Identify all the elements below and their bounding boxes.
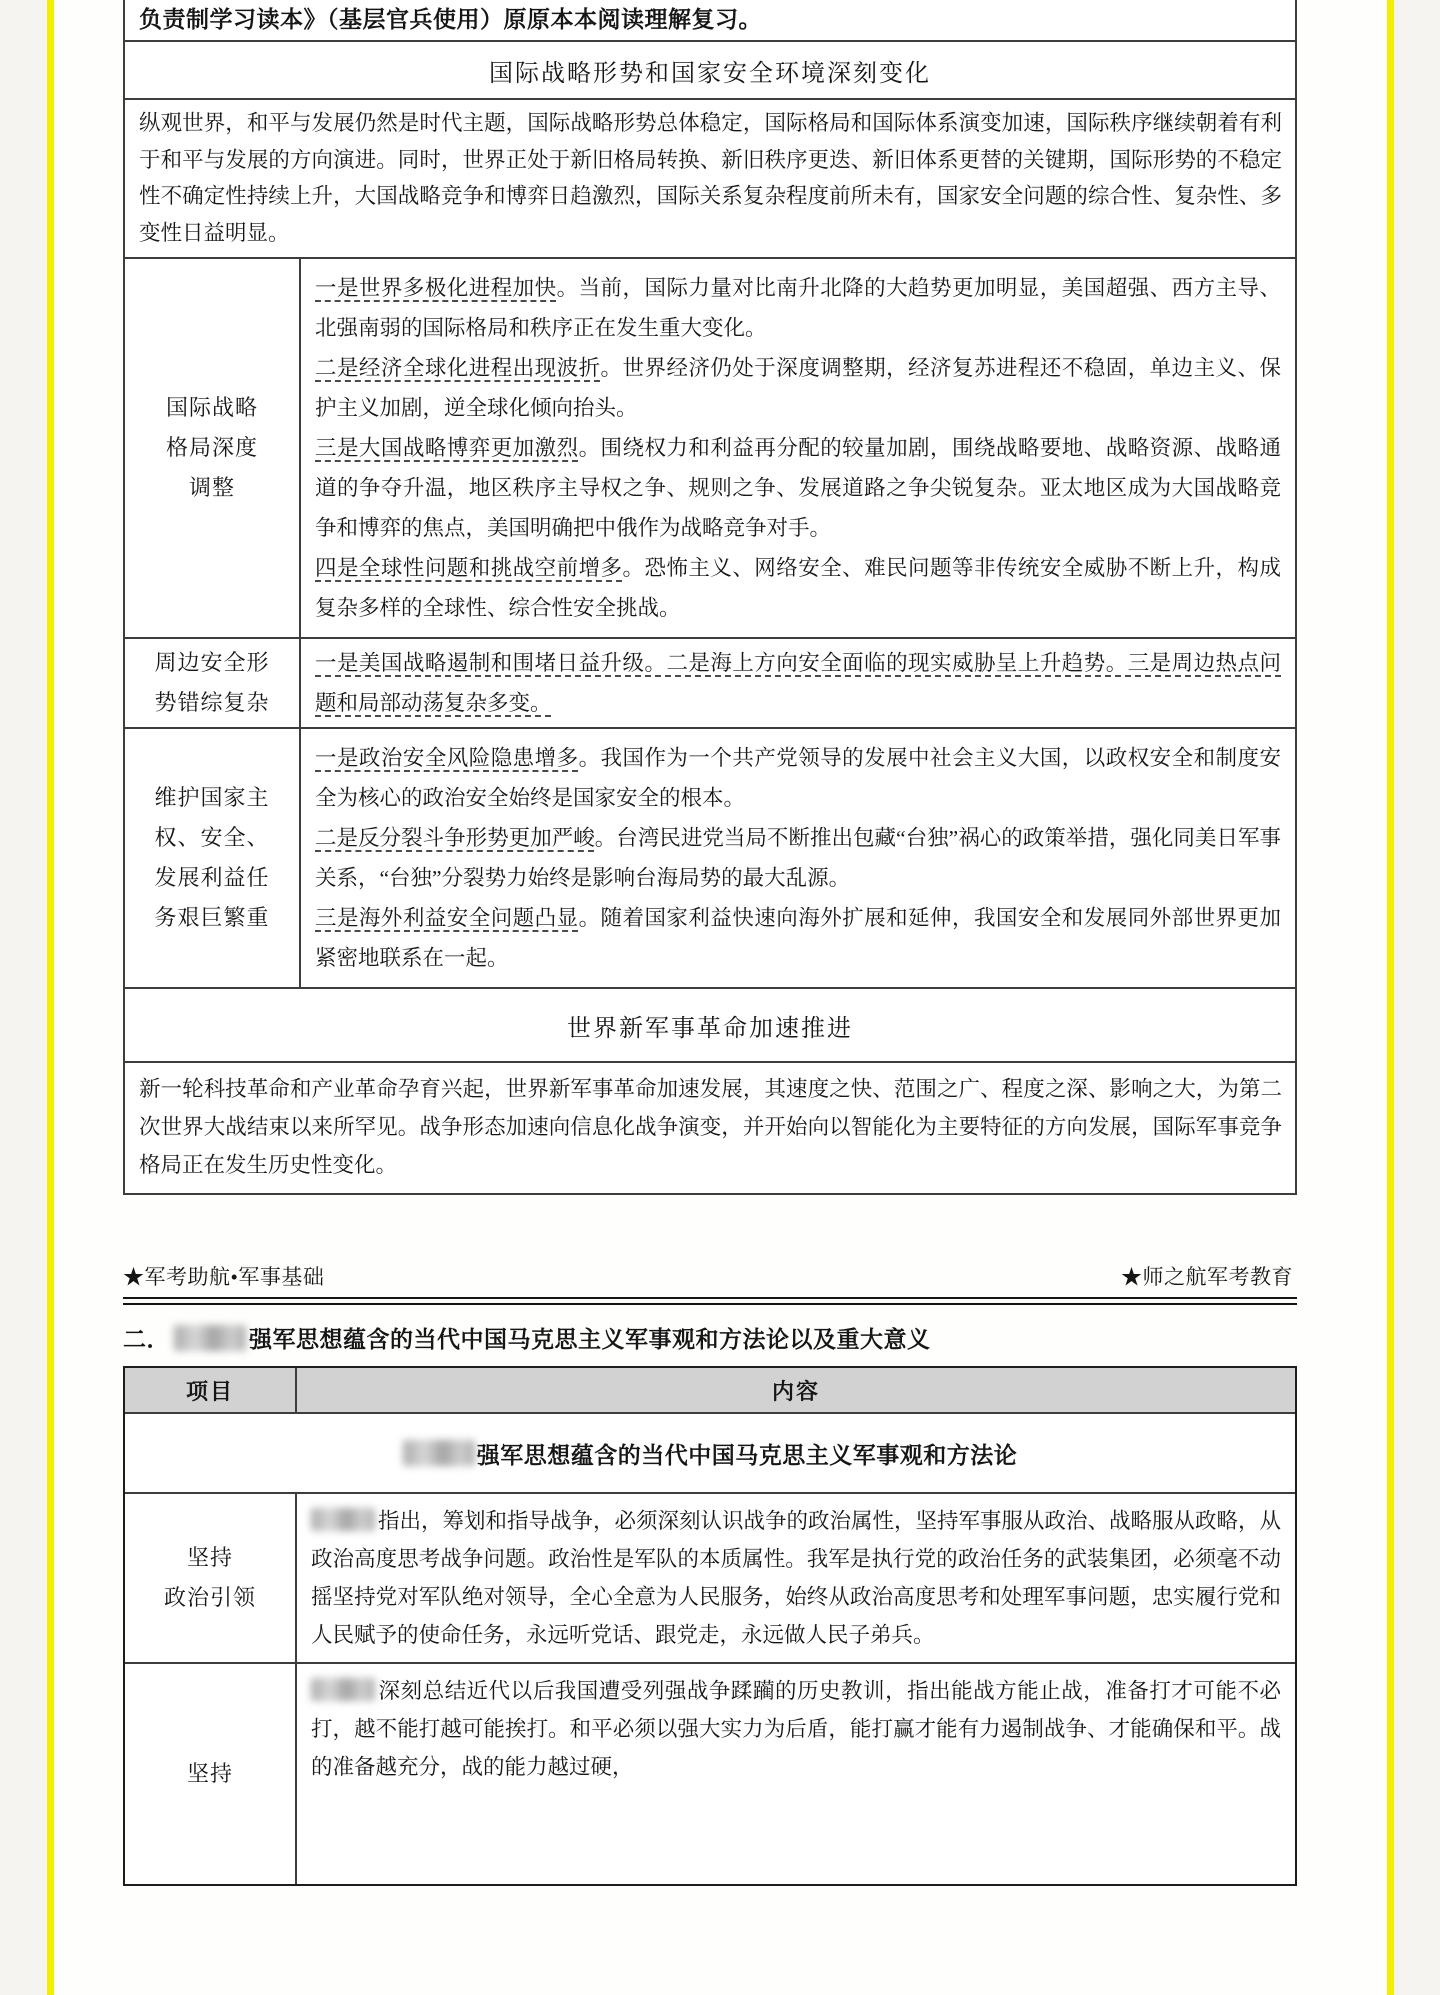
table-row: 坚持 政治引领 指出，筹划和指导战争，必须深刻认识战争的政治属性，坚持军事服从政… bbox=[125, 1494, 1295, 1664]
underlined-text-segment: 一是美国战略遏制和围堵日益升级。二是海上方向安全面临的现实威胁呈上升趋势。三是周… bbox=[315, 651, 1281, 715]
section-two-heading: 二．强军思想蕴含的当代中国马克思主义军事观和方法论以及重大意义 bbox=[123, 1321, 1297, 1354]
section-number: 二． bbox=[123, 1321, 170, 1354]
double-rule-divider bbox=[123, 1297, 1297, 1305]
table2-header-row: 项目 内容 bbox=[125, 1368, 1295, 1414]
row-content-political-guidance: 指出，筹划和指导战争，必须深刻认识战争的政治属性，坚持军事服从政治、战略服从政略… bbox=[297, 1494, 1295, 1662]
paragraph: 二是反分裂斗争形势更加严峻。台湾民进党当局不断推出包藏“台独”祸心的政策举措，强… bbox=[315, 818, 1281, 898]
intro-paragraph: 纵观世界，和平与发展仍然是时代主题，国际战略形势总体稳定，国际格局和国际体系演变… bbox=[125, 100, 1295, 259]
section-heading-text: 强军思想蕴含的当代中国马克思主义军事观和方法论以及重大意义 bbox=[249, 1321, 931, 1354]
paragraph: 三是大国战略博弈更加激烈。围绕权力和利益再分配的较量加剧，围绕战略要地、战略资源… bbox=[315, 428, 1281, 548]
table-row: 坚持 深刻总结近代以后我国遭受列强战争蹂躏的历史教训，指出能战方能止战，准备打才… bbox=[125, 1664, 1295, 1884]
paragraph: 一是政治安全风险隐患增多。我国作为一个共产党领导的发展中社会主义大国，以政权安全… bbox=[315, 738, 1281, 818]
yellow-edge-stripe-left bbox=[47, 0, 54, 1995]
strong-army-thought-table: 项目 内容 强军思想蕴含的当代中国马克思主义军事观和方法论 坚持 政治引领 指出… bbox=[123, 1366, 1297, 1886]
row-label-sovereignty-tasks: 维护国家主 权、安全、 发展利益任 务艰巨繁重 bbox=[125, 729, 301, 987]
row-label-periphery-security: 周边安全形 势错综复杂 bbox=[125, 639, 301, 727]
paragraph: 一是世界多极化进程加快。当前，国际力量对比南升北降的大趋势更加明显，美国超强、西… bbox=[315, 268, 1281, 348]
underlined-text-segment: 三是海外利益安全问题凸显 bbox=[315, 906, 579, 930]
table2-merged-title-text: 强军思想蕴含的当代中国马克思主义军事观和方法论 bbox=[477, 1437, 1018, 1470]
table-row: 维护国家主 权、安全、 发展利益任 务艰巨繁重 一是政治安全风险隐患增多。我国作… bbox=[125, 729, 1295, 989]
paragraph: 一是美国战略遏制和围堵日益升级。二是海上方向安全面临的现实威胁呈上升趋势。三是周… bbox=[315, 643, 1281, 723]
row-content-war-preparedness: 深刻总结近代以后我国遭受列强战争蹂躏的历史教训，指出能战方能止战，准备打才可能不… bbox=[297, 1664, 1295, 1884]
page-footer-band: ★军考助航•军事基础 ★师之航军考教育 bbox=[123, 1261, 1297, 1291]
row-content-sovereignty-tasks: 一是政治安全风险隐患增多。我国作为一个共产党领导的发展中社会主义大国，以政权安全… bbox=[301, 729, 1295, 987]
row-label-political-guidance: 坚持 政治引领 bbox=[125, 1494, 297, 1662]
table2-header-content: 内容 bbox=[297, 1368, 1295, 1412]
scanned-document-page: 负责制学习读本》（基层官兵使用）原原本本阅读理解复习。 国际战略形势和国家安全环… bbox=[54, 0, 1387, 1995]
redacted-name-blur bbox=[311, 1508, 375, 1531]
paragraph: 四是全球性问题和挑战空前增多。恐怖主义、网络安全、难民问题等非传统安全威胁不断上… bbox=[315, 548, 1281, 628]
underlined-text-segment: 一是政治安全风险隐患增多 bbox=[315, 746, 579, 770]
paragraph: 深刻总结近代以后我国遭受列强战争蹂躏的历史教训，指出能战方能止战，准备打才可能不… bbox=[311, 1672, 1281, 1786]
row-content-strategic-pattern: 一是世界多极化进程加快。当前，国际力量对比南升北降的大趋势更加明显，美国超强、西… bbox=[301, 259, 1295, 637]
military-revolution-paragraph: 新一轮科技革命和产业革命孕育兴起，世界新军事革命加速发展，其速度之快、范围之广、… bbox=[125, 1063, 1295, 1193]
yellow-edge-stripe-right bbox=[1387, 0, 1394, 1995]
footer-left-brand: ★军考助航•军事基础 bbox=[123, 1261, 324, 1291]
redacted-name-blur bbox=[174, 1325, 246, 1351]
underlined-text-segment: 二是反分裂斗争形势更加严峻 bbox=[315, 826, 595, 850]
section-header-international-situation: 国际战略形势和国家安全环境深刻变化 bbox=[125, 42, 1295, 100]
redacted-name-blur bbox=[311, 1678, 375, 1701]
table2-merged-title-row: 强军思想蕴含的当代中国马克思主义军事观和方法论 bbox=[125, 1414, 1295, 1494]
table-row: 国际战略 格局深度 调整 一是世界多极化进程加快。当前，国际力量对比南升北降的大… bbox=[125, 259, 1295, 639]
footer-right-brand: ★师之航军考教育 bbox=[1121, 1261, 1293, 1291]
paragraph: 二是经济全球化进程出现波折。世界经济仍处于深度调整期，经济复苏进程还不稳固，单边… bbox=[315, 348, 1281, 428]
underlined-text-segment: 三是大国战略博弈更加激烈 bbox=[315, 436, 579, 460]
underlined-text-segment: 二是经济全球化进程出现波折 bbox=[315, 356, 601, 380]
top-partial-row: 负责制学习读本》（基层官兵使用）原原本本阅读理解复习。 bbox=[125, 0, 1295, 42]
table-row: 周边安全形 势错综复杂 一是美国战略遏制和围堵日益升级。二是海上方向安全面临的现… bbox=[125, 639, 1295, 729]
underlined-text-segment: 四是全球性问题和挑战空前增多 bbox=[315, 556, 623, 580]
strategic-situation-table: 负责制学习读本》（基层官兵使用）原原本本阅读理解复习。 国际战略形势和国家安全环… bbox=[123, 0, 1297, 1195]
section-header-military-revolution: 世界新军事革命加速推进 bbox=[125, 989, 1295, 1063]
underlined-text-segment: 一是世界多极化进程加快 bbox=[315, 276, 557, 300]
row-label-war-preparedness: 坚持 bbox=[125, 1664, 297, 1884]
row-content-periphery-security: 一是美国战略遏制和围堵日益升级。二是海上方向安全面临的现实威胁呈上升趋势。三是周… bbox=[301, 639, 1295, 727]
table2-header-item: 项目 bbox=[125, 1368, 297, 1412]
text-segment: 指出，筹划和指导战争，必须深刻认识战争的政治属性，坚持军事服从政治、战略服从政略… bbox=[311, 1509, 1281, 1647]
paragraph: 指出，筹划和指导战争，必须深刻认识战争的政治属性，坚持军事服从政治、战略服从政略… bbox=[311, 1502, 1281, 1654]
redacted-name-blur bbox=[403, 1440, 475, 1466]
text-segment: 深刻总结近代以后我国遭受列强战争蹂躏的历史教训，指出能战方能止战，准备打才可能不… bbox=[311, 1679, 1281, 1779]
paragraph: 三是海外利益安全问题凸显。随着国家利益快速向海外扩展和延伸，我国安全和发展同外部… bbox=[315, 898, 1281, 978]
row-label-strategic-pattern: 国际战略 格局深度 调整 bbox=[125, 259, 301, 637]
document-content: 负责制学习读本》（基层官兵使用）原原本本阅读理解复习。 国际战略形势和国家安全环… bbox=[123, 0, 1297, 1886]
